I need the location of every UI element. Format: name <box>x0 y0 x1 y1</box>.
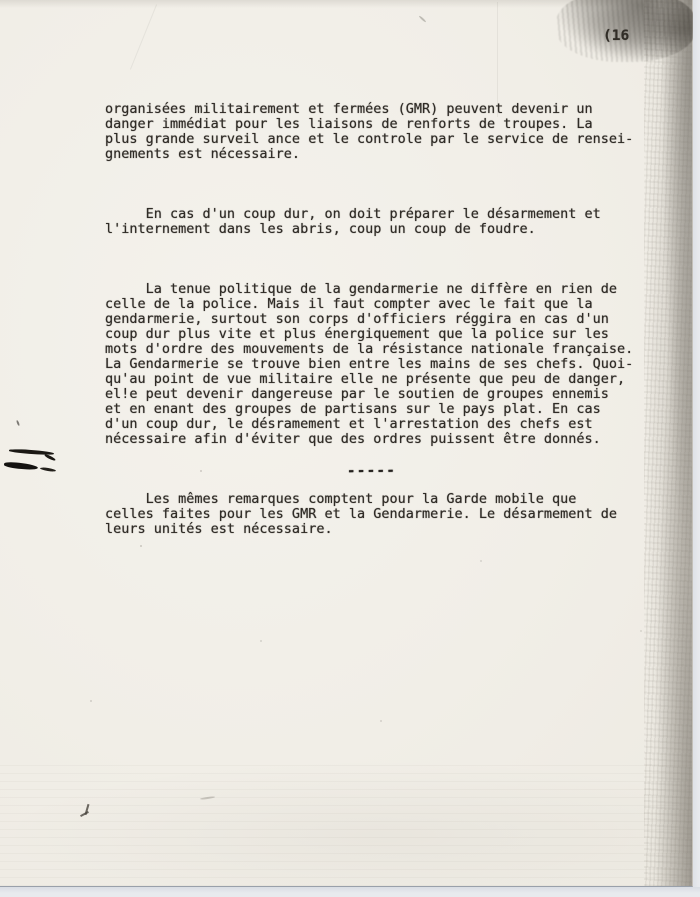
scanner-bed-right <box>693 0 700 897</box>
lower-page-streaks <box>0 760 692 886</box>
pen-mark <box>418 15 426 23</box>
ink-smudge-tick <box>16 420 20 426</box>
paragraph: Les mêmes remarques comptent pour la Gar… <box>105 492 650 537</box>
paragraph: organisées militairement et fermées (GMR… <box>105 102 650 162</box>
scanned-document: (16 organisées militairement et fermées … <box>0 0 700 897</box>
ink-smudge-stroke <box>4 461 38 470</box>
right-edge-scan-texture <box>644 0 692 886</box>
page-number: (16 <box>603 28 629 44</box>
paper-specks <box>140 545 142 547</box>
typed-text-body: organisées militairement et fermées (GMR… <box>105 72 650 567</box>
paragraph: La tenue politique de la gendarmerie ne … <box>105 282 650 447</box>
paragraph: En cas d'un coup dur, on doit préparer l… <box>105 207 650 237</box>
scanner-bed-bottom <box>0 887 700 897</box>
paper-crease <box>130 4 157 69</box>
typed-divider: ----- <box>347 463 396 479</box>
paper-sheet: (16 organisées militairement et fermées … <box>0 0 693 887</box>
ink-smudge-stroke <box>40 467 56 472</box>
